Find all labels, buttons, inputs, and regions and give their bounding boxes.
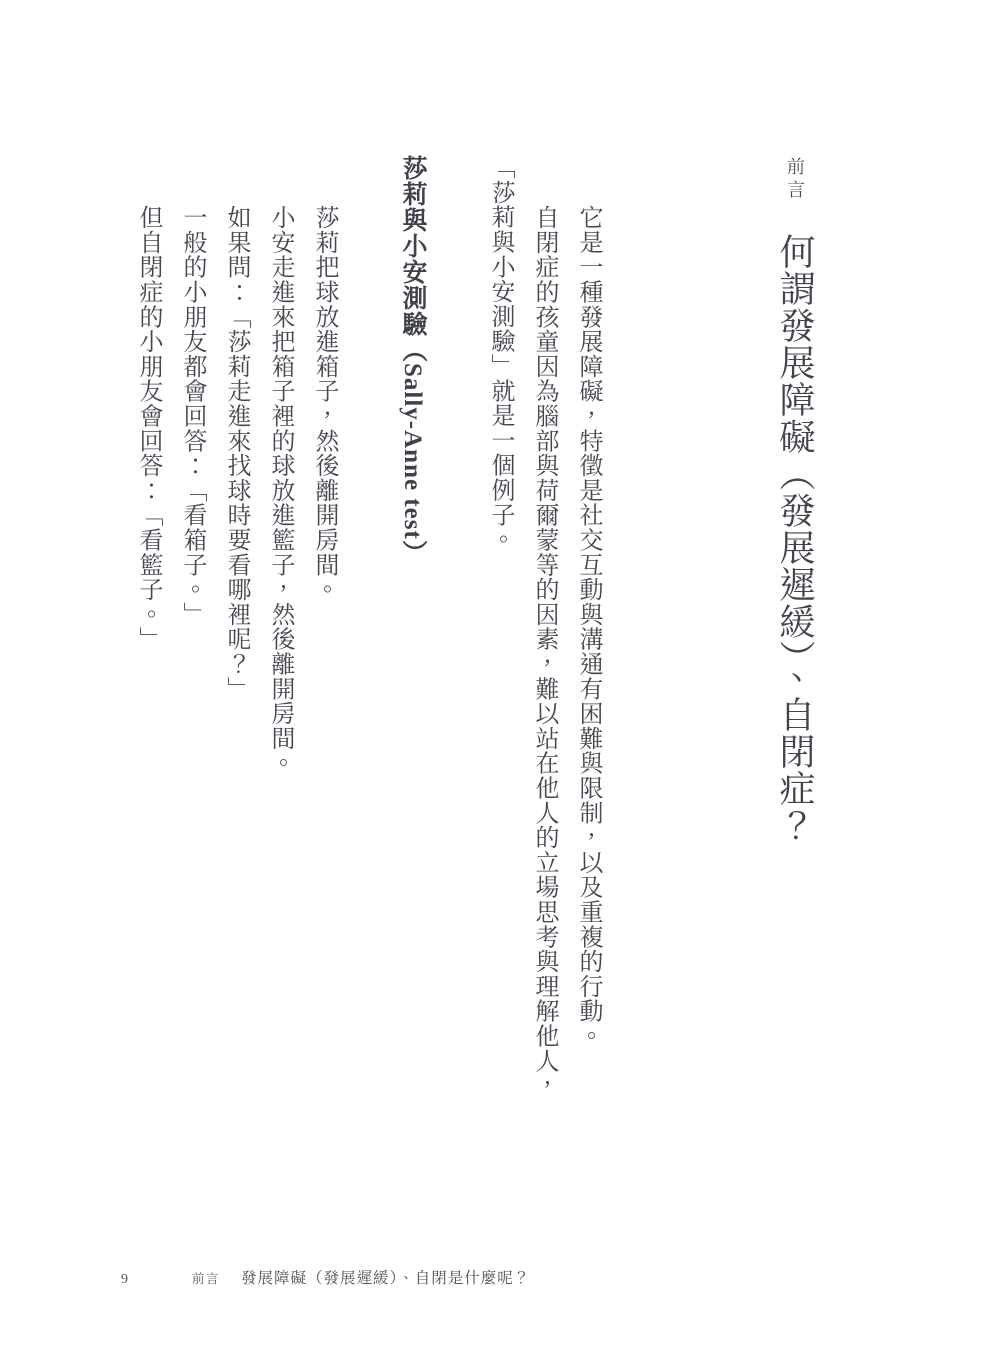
chapter-header: 前言 何謂發展障礙（發展遲緩）、自閉症？	[772, 157, 818, 1217]
paragraph-line-3: 「莎莉與小安測驗」就是一個例子。	[478, 155, 522, 1145]
page-footer: 9 前言 發展障礙（發展遲緩）、自閉是什麼呢？	[121, 1266, 530, 1288]
section-heading: 莎莉與小安測驗（Sally-Anne test）	[390, 155, 434, 1145]
preface-label: 前言	[785, 157, 805, 203]
footer-chapter-label: 前言	[192, 1272, 220, 1286]
chapter-title: 何謂發展障礙（發展遲緩）、自閉症？	[775, 233, 815, 844]
paragraph-line-4: 莎莉把球放進箱子，然後離開房間。	[302, 155, 346, 1145]
body-text: 它是一種發展障礙，特徵是社交互動與溝通有困難與限制，以及重複的行動。 自閉症的孩…	[126, 155, 610, 1145]
paragraph-line-1: 它是一種發展障礙，特徵是社交互動與溝通有困難與限制，以及重複的行動。	[566, 155, 610, 1145]
paragraph-line-5: 小安走進來把箱子裡的球放進籃子，然後離開房間。	[258, 155, 302, 1145]
paragraph-line-7: 一般的小朋友都會回答：「看箱子。」	[170, 155, 214, 1145]
paragraph-line-8: 但自閉症的小朋友會回答：「看籃子。」	[126, 155, 170, 1145]
paragraph-line-2: 自閉症的孩童因為腦部與荷爾蒙等的因素，難以站在他人的立場思考與理解他人，	[522, 155, 566, 1145]
page-number: 9	[121, 1272, 128, 1287]
book-page: 前言 何謂發展障礙（發展遲緩）、自閉症？ 它是一種發展障礙，特徵是社交互動與溝通…	[0, 0, 1000, 1371]
paragraph-line-6: 如果問：「莎莉走進來找球時要看哪裡呢？」	[214, 155, 258, 1145]
footer-running-title: 發展障礙（發展遲緩）、自閉是什麼呢？	[241, 1270, 530, 1287]
